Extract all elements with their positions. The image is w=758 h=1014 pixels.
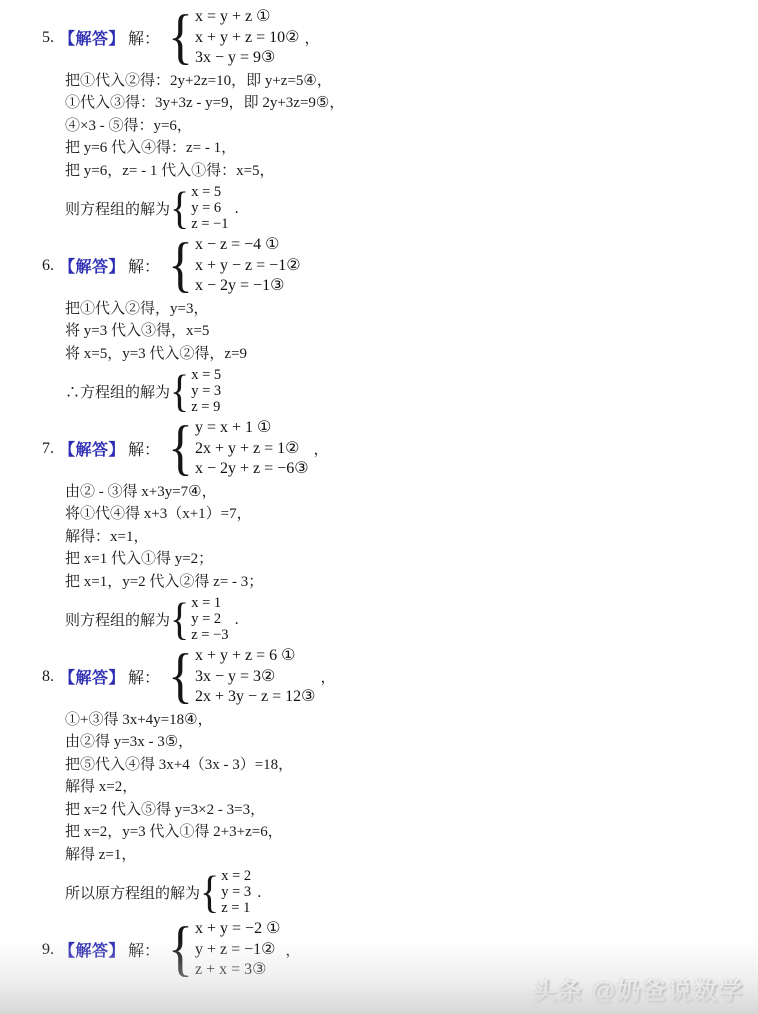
problem-header: 8. 【解答】 解： { x + y + z = 6 ①3x − y = 3②2…	[42, 646, 758, 708]
problem-number: 6.	[42, 257, 54, 275]
equation-system: { x + y = −2 ①y + z = −1②z + x = 3③	[168, 919, 280, 981]
conclusion-system: { x = 5y = 3z = 9	[170, 367, 221, 415]
equation-lines: x = y + z ①x + y + z = 10②3x − y = 9③	[195, 7, 300, 69]
left-brace-icon: {	[170, 368, 189, 414]
equation-line: 3x − y = 3②	[195, 667, 316, 688]
equation-system: { y = x + 1 ①2x + y + z = 1②x − 2y + z =…	[168, 418, 309, 480]
solution-step: 把 y=6，z= - 1 代入①得：x=5，	[65, 160, 758, 183]
solution-step: 把 x=1，y=2 代入②得 z= - 3；	[65, 571, 758, 594]
solution-steps: 把①代入②得，y=3，将 y=3 代入③得，x=5将 x=5，y=3 代入②得，…	[65, 298, 758, 366]
left-brace-icon: {	[168, 7, 193, 68]
solution-step: ①+③得 3x+4y=18④，	[65, 709, 758, 732]
conclusion-prefix: ∴方程组的解为	[65, 381, 170, 402]
conclusion-lines: x = 5y = 6z = −1	[191, 184, 228, 232]
equation-lines: x + y = −2 ①y + z = −1②z + x = 3③	[195, 919, 280, 981]
solution-step: 将 y=3 代入③得，x=5	[65, 320, 758, 343]
conclusion-line: x = 1	[191, 595, 228, 611]
solution-step: 由② - ③得 x+3y=7④，	[65, 481, 758, 504]
left-brace-icon: {	[168, 646, 193, 707]
problem: 8. 【解答】 解： { x + y + z = 6 ①3x − y = 3②2…	[42, 646, 758, 916]
equation-line: y = x + 1 ①	[195, 418, 309, 439]
solution-steps: ①+③得 3x+4y=18④，由②得 y=3x - 3⑤，把⑤代入④得 3x+4…	[65, 709, 758, 867]
left-brace-icon: {	[170, 596, 189, 642]
conclusion-system: { x = 1y = 2z = −3	[170, 595, 229, 643]
left-brace-icon: {	[170, 185, 189, 231]
conclusion-line: y = 6	[191, 200, 228, 216]
equation-line: x + y = −2 ①	[195, 919, 280, 940]
conclusion-line: z = −3	[191, 627, 228, 643]
left-brace-icon: {	[200, 869, 219, 915]
equation-lines: y = x + 1 ①2x + y + z = 1②x − 2y + z = −…	[195, 418, 309, 480]
solution-steps: 把①代入②得：2y+2z=10，即 y+z=5④，①代入③得：3y+3z - y…	[65, 70, 758, 183]
solution-step: 把 x=2 代入⑤得 y=3×2 - 3=3，	[65, 799, 758, 822]
conclusion-line: y = 3	[191, 383, 221, 399]
conclusion: 则方程组的解为 { x = 5y = 6z = −1 ．	[65, 184, 758, 232]
conclusion: 则方程组的解为 { x = 1y = 2z = −3 ．	[65, 595, 758, 643]
solve-prefix: 解：	[128, 254, 160, 277]
system-suffix: ，	[314, 438, 329, 459]
equation-line: x + y − z = −1②	[195, 256, 301, 277]
equation-lines: x − z = −4 ①x + y − z = −1②x − 2y = −1③	[195, 235, 301, 297]
system-suffix: ，	[321, 666, 336, 687]
conclusion-line: z = 9	[191, 399, 221, 415]
solution-step: 把 x=2，y=3 代入①得 2+3+z=6，	[65, 821, 758, 844]
solution-step: 把⑤代入④得 3x+4（3x - 3）=18，	[65, 754, 758, 777]
equation-line: y + z = −1②	[195, 940, 280, 961]
problem: 5. 【解答】 解： { x = y + z ①x + y + z = 10②3…	[42, 7, 758, 232]
solution-steps: 由② - ③得 x+3y=7④，将①代④得 x+3（x+1）=7，解得：x=1，…	[65, 481, 758, 594]
conclusion-prefix: 则方程组的解为	[65, 609, 170, 630]
equation-line: 2x + 3y − z = 12③	[195, 687, 316, 708]
solution-step: 把①代入②得，y=3，	[65, 298, 758, 321]
solution-step: 把①代入②得：2y+2z=10，即 y+z=5④，	[65, 70, 758, 93]
conclusion-line: z = −1	[191, 216, 228, 232]
solve-prefix: 解：	[128, 938, 160, 961]
problems-list: 5. 【解答】 解： { x = y + z ①x + y + z = 10②3…	[42, 7, 758, 981]
answer-label: 【解答】	[59, 254, 125, 277]
conclusion-prefix: 则方程组的解为	[65, 198, 170, 219]
solution-step: 把 y=6 代入④得：z= - 1，	[65, 137, 758, 160]
equation-system: { x = y + z ①x + y + z = 10②3x − y = 9③	[168, 7, 299, 69]
solution-step: 解得 z=1，	[65, 844, 758, 867]
solution-step: 解得：x=1，	[65, 526, 758, 549]
problem-header: 5. 【解答】 解： { x = y + z ①x + y + z = 10②3…	[42, 7, 758, 69]
conclusion-line: y = 3	[221, 884, 251, 900]
problem-number: 7.	[42, 440, 54, 458]
problem-header: 6. 【解答】 解： { x − z = −4 ①x + y − z = −1②…	[42, 235, 758, 297]
problem-number: 5.	[42, 29, 54, 47]
conclusion: 所以原方程组的解为 { x = 2y = 3z = 1 ．	[65, 868, 758, 916]
conclusion-line: x = 2	[221, 868, 251, 884]
system-suffix: ，	[285, 939, 300, 960]
conclusion-suffix: ．	[235, 198, 249, 218]
solution-step: 解得 x=2，	[65, 776, 758, 799]
conclusion-line: x = 5	[191, 367, 221, 383]
equation-line: 3x − y = 9③	[195, 48, 300, 69]
answer-label: 【解答】	[59, 437, 125, 460]
solve-prefix: 解：	[128, 26, 160, 49]
equation-line: x − z = −4 ①	[195, 235, 301, 256]
solution-step: 由②得 y=3x - 3⑤，	[65, 731, 758, 754]
equation-lines: x + y + z = 6 ①3x − y = 3②2x + 3y − z = …	[195, 646, 316, 708]
solution-step: 将①代④得 x+3（x+1）=7，	[65, 503, 758, 526]
equation-line: 2x + y + z = 1②	[195, 439, 309, 460]
left-brace-icon: {	[168, 919, 193, 980]
conclusion-line: x = 5	[191, 184, 228, 200]
solution-step: ①代入③得：3y+3z - y=9，即 2y+3z=9⑤，	[65, 92, 758, 115]
solution-step: 把 x=1 代入①得 y=2；	[65, 548, 758, 571]
problem: 6. 【解答】 解： { x − z = −4 ①x + y − z = −1②…	[42, 235, 758, 415]
answer-label: 【解答】	[59, 938, 125, 961]
problem-number: 8.	[42, 668, 54, 686]
problem-header: 7. 【解答】 解： { y = x + 1 ①2x + y + z = 1②x…	[42, 418, 758, 480]
conclusion: ∴方程组的解为 { x = 5y = 3z = 9	[65, 367, 758, 415]
conclusion-lines: x = 1y = 2z = −3	[191, 595, 228, 643]
conclusion-system: { x = 2y = 3z = 1	[200, 868, 251, 916]
equation-system: { x − z = −4 ①x + y − z = −1②x − 2y = −1…	[168, 235, 301, 297]
answer-label: 【解答】	[59, 665, 125, 688]
conclusion-suffix: ．	[235, 609, 249, 629]
solution-step: 将 x=5，y=3 代入②得，z=9	[65, 343, 758, 366]
equation-system: { x + y + z = 6 ①3x − y = 3②2x + 3y − z …	[168, 646, 315, 708]
watermark: 头条 @奶爸说数学	[532, 971, 744, 1006]
problem-number: 9.	[42, 941, 54, 959]
solve-prefix: 解：	[128, 437, 160, 460]
system-suffix: ，	[305, 27, 320, 48]
page: 5. 【解答】 解： { x = y + z ①x + y + z = 10②3…	[0, 0, 758, 981]
equation-line: x + y + z = 10②	[195, 28, 300, 49]
equation-line: x − 2y = −1③	[195, 276, 301, 297]
conclusion-system: { x = 5y = 6z = −1	[170, 184, 229, 232]
left-brace-icon: {	[168, 418, 193, 479]
problem: 7. 【解答】 解： { y = x + 1 ①2x + y + z = 1②x…	[42, 418, 758, 643]
conclusion-lines: x = 2y = 3z = 1	[221, 868, 251, 916]
solve-prefix: 解：	[128, 665, 160, 688]
conclusion-suffix: ．	[257, 882, 271, 902]
equation-line: z + x = 3③	[195, 960, 280, 981]
left-brace-icon: {	[168, 235, 193, 296]
equation-line: x = y + z ①	[195, 7, 300, 28]
equation-line: x − 2y + z = −6③	[195, 459, 309, 480]
solution-step: ④×3 - ⑤得：y=6，	[65, 115, 758, 138]
equation-line: x + y + z = 6 ①	[195, 646, 316, 667]
conclusion-line: z = 1	[221, 900, 251, 916]
conclusion-lines: x = 5y = 3z = 9	[191, 367, 221, 415]
conclusion-prefix: 所以原方程组的解为	[65, 882, 200, 903]
answer-label: 【解答】	[59, 26, 125, 49]
conclusion-line: y = 2	[191, 611, 228, 627]
